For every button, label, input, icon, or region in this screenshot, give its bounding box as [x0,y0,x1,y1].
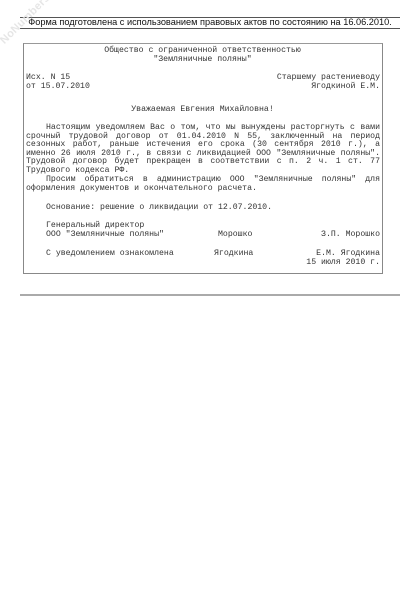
basis-line: Основание: решение о ликвидации от 12.07… [46,204,272,213]
notice-paragraph: Настоящим уведомляем Вас о том, что мы в… [26,124,380,176]
form-prepared-notice: Форма подготовлена с использованием прав… [20,17,400,28]
header-bottom-rule [20,28,400,29]
signer-signature: Морошко [218,231,252,240]
request-paragraph: Просим обратиться в администрацию ООО "З… [26,176,380,193]
salutation: Уважаемая Евгения Михайловна! [24,106,381,115]
outgoing-date: от 15.07.2010 [26,83,90,92]
acknowledgement-date: 15 июля 2010 г. [280,259,380,268]
addressee-name: Ягодкиной Е.М. [200,83,380,92]
acknowledgement-signature: Ягодкина [214,250,253,259]
signer-organization: ООО "Земляничные поляны" [46,231,164,240]
signer-name: З.П. Морошко [280,231,380,240]
footer-rule [20,294,400,296]
acknowledgement-label: С уведомлением ознакомлена [46,250,174,259]
organization-quoted-name: "Земляничные поляны" [24,56,381,65]
